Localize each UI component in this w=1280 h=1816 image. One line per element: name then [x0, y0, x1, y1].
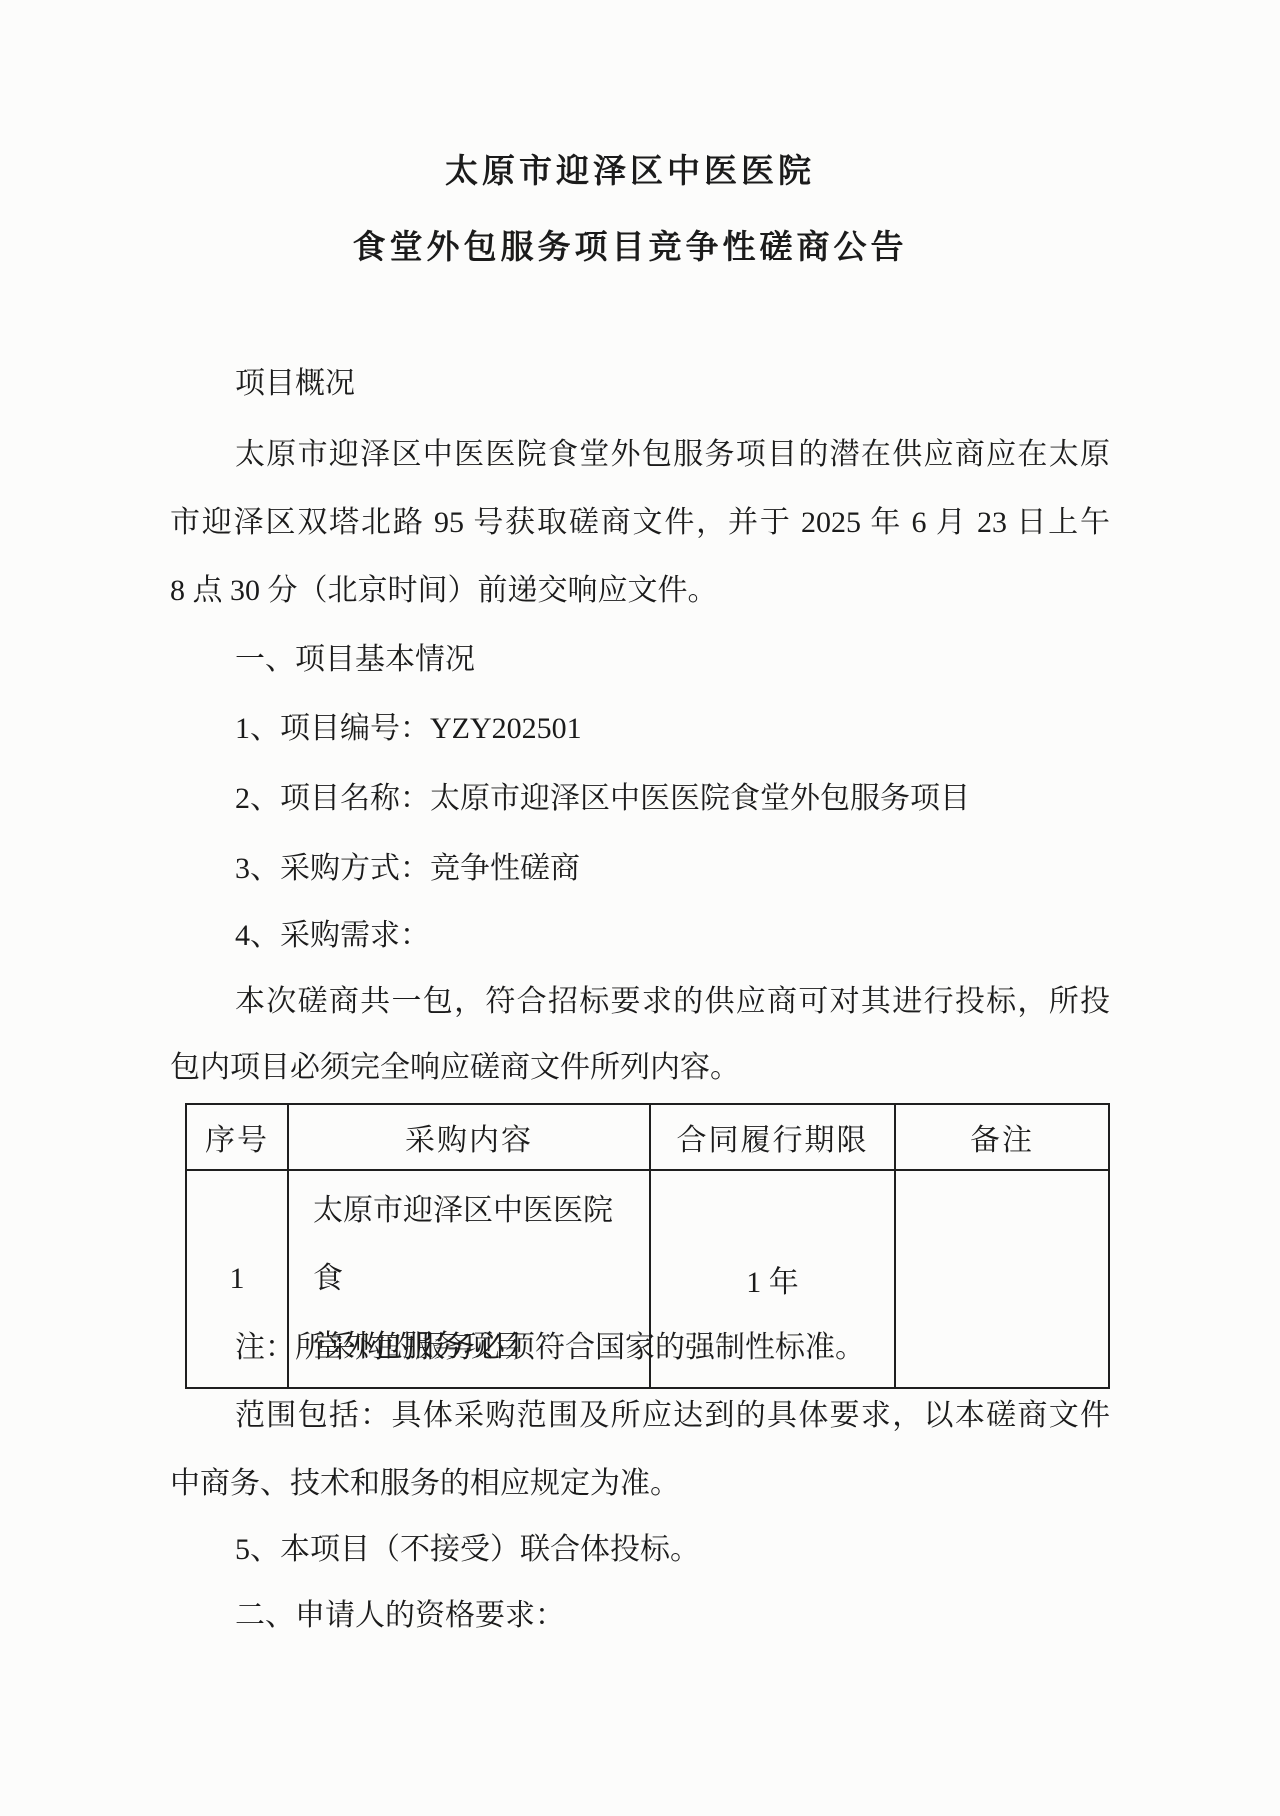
item-consortium-bid: 5、本项目（不接受）联合体投标。: [235, 1530, 700, 1570]
overview-paragraph-line-2: 市迎泽区双塔北路 95 号获取磋商文件，并于 2025 年 6 月 23 日上午: [170, 503, 1110, 543]
table-header-seq: 序号: [186, 1104, 288, 1170]
table-header-row: 序号 采购内容 合同履行期限 备注: [186, 1104, 1109, 1170]
table-cell-remark: [895, 1170, 1109, 1388]
table-header-remark: 备注: [895, 1104, 1109, 1170]
document-title-line-2: 食堂外包服务项目竞争性磋商公告: [170, 226, 1090, 270]
item-procurement-demand: 4、采购需求：: [235, 916, 430, 956]
scope-paragraph-line-2: 中商务、技术和服务的相应规定为准。: [170, 1464, 680, 1504]
overview-paragraph-line-3: 8 点 30 分（北京时间）前递交响应文件。: [170, 571, 718, 611]
item-procurement-method: 3、采购方式：竞争性磋商: [235, 849, 580, 889]
demand-paragraph-line-2: 包内项目必须完全响应磋商文件所列内容。: [170, 1048, 740, 1088]
table-header-duration: 合同履行期限: [650, 1104, 895, 1170]
note-line: 注：所采购的服务必须符合国家的强制性标准。: [235, 1328, 865, 1368]
document-title-line-1: 太原市迎泽区中医医院: [170, 150, 1090, 194]
table-header-content: 采购内容: [288, 1104, 650, 1170]
announcement-page: 太原市迎泽区中医医院 食堂外包服务项目竞争性磋商公告 项目概况 太原市迎泽区中医…: [0, 0, 1280, 1816]
item-project-number: 1、项目编号：YZY202501: [235, 709, 582, 749]
section-one-heading: 一、项目基本情况: [235, 640, 475, 680]
demand-paragraph-line-1: 本次磋商共一包，符合招标要求的供应商可对其进行投标，所投: [235, 982, 1110, 1022]
overview-paragraph-line-1: 太原市迎泽区中医医院食堂外包服务项目的潜在供应商应在太原: [235, 435, 1110, 475]
scope-paragraph-line-1: 范围包括：具体采购范围及所应达到的具体要求，以本磋商文件: [235, 1396, 1110, 1436]
overview-heading: 项目概况: [235, 364, 355, 404]
section-two-heading: 二、申请人的资格要求：: [235, 1596, 565, 1636]
table-cell-content-line-1: 太原市迎泽区中医医院食: [313, 1177, 631, 1313]
item-project-name: 2、项目名称：太原市迎泽区中医医院食堂外包服务项目: [235, 779, 970, 819]
